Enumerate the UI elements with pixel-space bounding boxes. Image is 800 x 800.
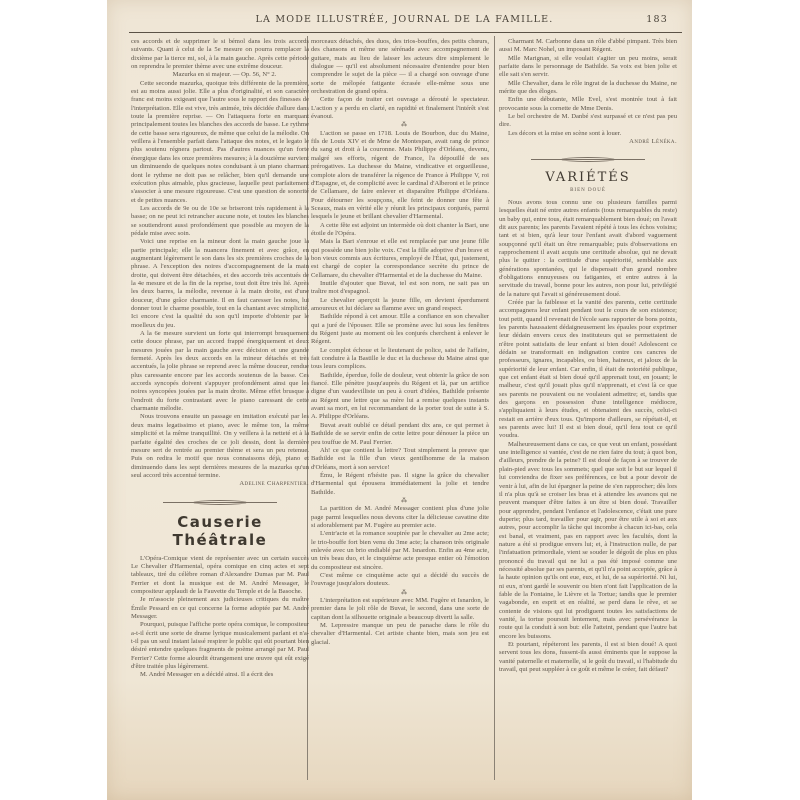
paragraph: ces accords et de supprimer le si bémol …: [131, 38, 309, 71]
paragraph: L'Opéra-Comique vient de représenter ave…: [131, 555, 309, 597]
paragraph: Bathilde répond à cet amour. Elle a conf…: [311, 313, 489, 346]
paragraph: Inutile d'ajouter que Buvat, tel est son…: [311, 280, 489, 297]
subheading-mazurka: Mazurka en si majeur. — Op. 56, N° 2.: [131, 71, 309, 79]
paragraph: Le complot échoue et le lieutenant de po…: [311, 347, 489, 372]
article-kicker: BIEN DOUÉ: [499, 187, 677, 195]
header-rule: [129, 32, 682, 33]
journal-title: LA MODE ILLUSTRÉE, JOURNAL DE LA FAMILLE…: [131, 14, 678, 25]
paragraph: Cette seconde mazurka, quoique très diff…: [131, 80, 309, 205]
paragraph: C'est même ce cinquième acte qui a décid…: [311, 572, 489, 589]
paragraph: A la 6e mesure survient un forte qui int…: [131, 330, 309, 413]
paragraph: Créée par la faiblesse et la vanité des …: [499, 299, 677, 441]
running-head: LA MODE ILLUSTRÉE, JOURNAL DE LA FAMILLE…: [131, 14, 678, 28]
column-2: morceaux détachés, des duos, des trios-b…: [311, 38, 489, 782]
asterism-separator: ⁂: [311, 497, 489, 505]
asterism-separator: ⁂: [311, 589, 489, 597]
paragraph: Le chevalier aperçoit la jeune fille, en…: [311, 297, 489, 314]
column-rule: [494, 36, 495, 780]
newspaper-page: LA MODE ILLUSTRÉE, JOURNAL DE LA FAMILLE…: [107, 0, 692, 800]
paragraph: morceaux détachés, des duos, des trios-b…: [311, 38, 489, 96]
ornamental-divider: [131, 497, 309, 507]
paragraph: Malheureusement dans ce cas, ce que veut…: [499, 441, 677, 641]
paragraph: Voici une reprise en la mineur dont la m…: [131, 238, 309, 330]
paragraph: L'entr'acte et la romance soupirée par l…: [311, 530, 489, 572]
asterism-separator: ⁂: [311, 121, 489, 129]
paragraph: M. Lepressire manque un peu de panache d…: [311, 622, 489, 647]
paragraph: M. André Messager en a décidé ainsi. Il …: [131, 671, 309, 679]
column-3: Charmant M. Carbonne dans un rôle d'abbé…: [499, 38, 677, 782]
paragraph: Nous trouvons ensuite un passage en imit…: [131, 413, 309, 480]
page-number: 183: [646, 14, 668, 25]
paragraph: Les décors et la mise en scène sont à lo…: [499, 130, 677, 138]
paragraph: A cette fête est adjoint un intermède où…: [311, 222, 489, 239]
paragraph: Et pourtant, répéteront les parents, il …: [499, 641, 677, 674]
paragraph: Mais la Bari s'enroue et elle est rempla…: [311, 238, 489, 280]
paragraph: Ah! ce que contient la lettre? Tout simp…: [311, 447, 489, 472]
section-title-varietes: VARIÉTÉS: [499, 170, 677, 186]
paragraph: Mlle Marignan, si elle voulait s'agiter …: [499, 55, 677, 80]
ornamental-divider: [499, 154, 677, 164]
author-signature: André Lénéka.: [499, 138, 677, 146]
paragraph: Nous avons tous connu une ou plusieurs f…: [499, 199, 677, 299]
paragraph: Charmant M. Carbonne dans un rôle d'abbé…: [499, 38, 677, 55]
paragraph: L'interprétation est supérieure avec MM.…: [311, 597, 489, 622]
paragraph: Mlle Chevalier, dans le rôle ingrat de l…: [499, 80, 677, 97]
paragraph: L'action se passe en 1718. Louis de Bour…: [311, 130, 489, 222]
column-1: ces accords et de supprimer le si bémol …: [131, 38, 309, 782]
paragraph: Les accords de 9e ou de 10e se briseront…: [131, 205, 309, 238]
author-signature: Adeline Charpentier.: [131, 480, 309, 488]
paragraph: Enfin une débutante, Mlle Evel, s'est mo…: [499, 96, 677, 113]
paragraph: Buvat avait oublié ce détail pendant dix…: [311, 422, 489, 447]
paragraph: Ému, le Régent n'hésite pas. Il signe la…: [311, 472, 489, 497]
paragraph: Le bel orchestre de M. Danbé s'est surpa…: [499, 113, 677, 130]
paragraph: Cette façon de traiter cet ouvrage a dér…: [311, 96, 489, 121]
paragraph: Pourquoi, puisque l'affiche porte opéra …: [131, 621, 309, 671]
section-title-causerie: Causerie Théâtrale: [131, 513, 309, 549]
paragraph: Je m'associe pleinement aux judicieuses …: [131, 596, 309, 621]
paragraph: Bathilde, éperdue, folle de douleur, veu…: [311, 372, 489, 422]
paragraph: La partition de M. André Messager contie…: [311, 505, 489, 530]
